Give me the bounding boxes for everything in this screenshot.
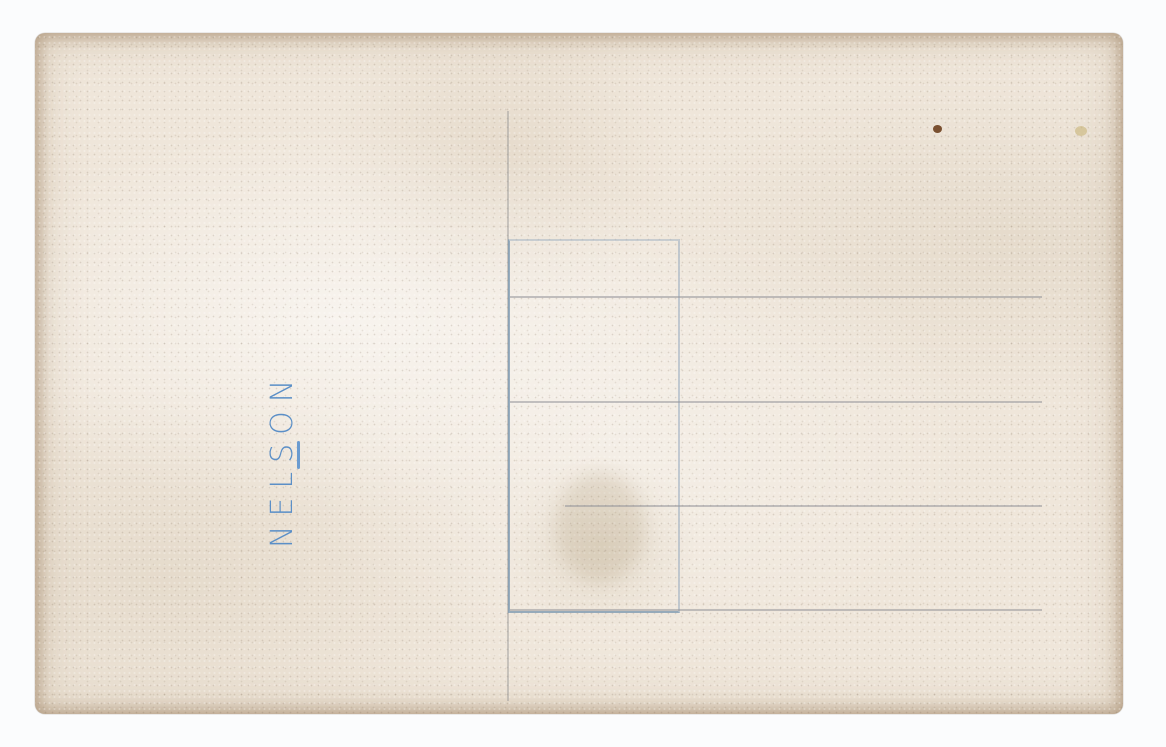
address-line <box>510 401 1042 403</box>
address-line <box>510 296 1042 298</box>
stain <box>1075 126 1087 136</box>
scan-background: NELSON <box>0 0 1166 747</box>
address-line <box>565 505 1042 507</box>
handwritten-name: NELSON <box>265 371 300 548</box>
address-line <box>510 609 1042 611</box>
handwritten-underline-mark <box>297 441 300 469</box>
stain <box>933 125 942 133</box>
postcard: NELSON <box>35 33 1123 714</box>
